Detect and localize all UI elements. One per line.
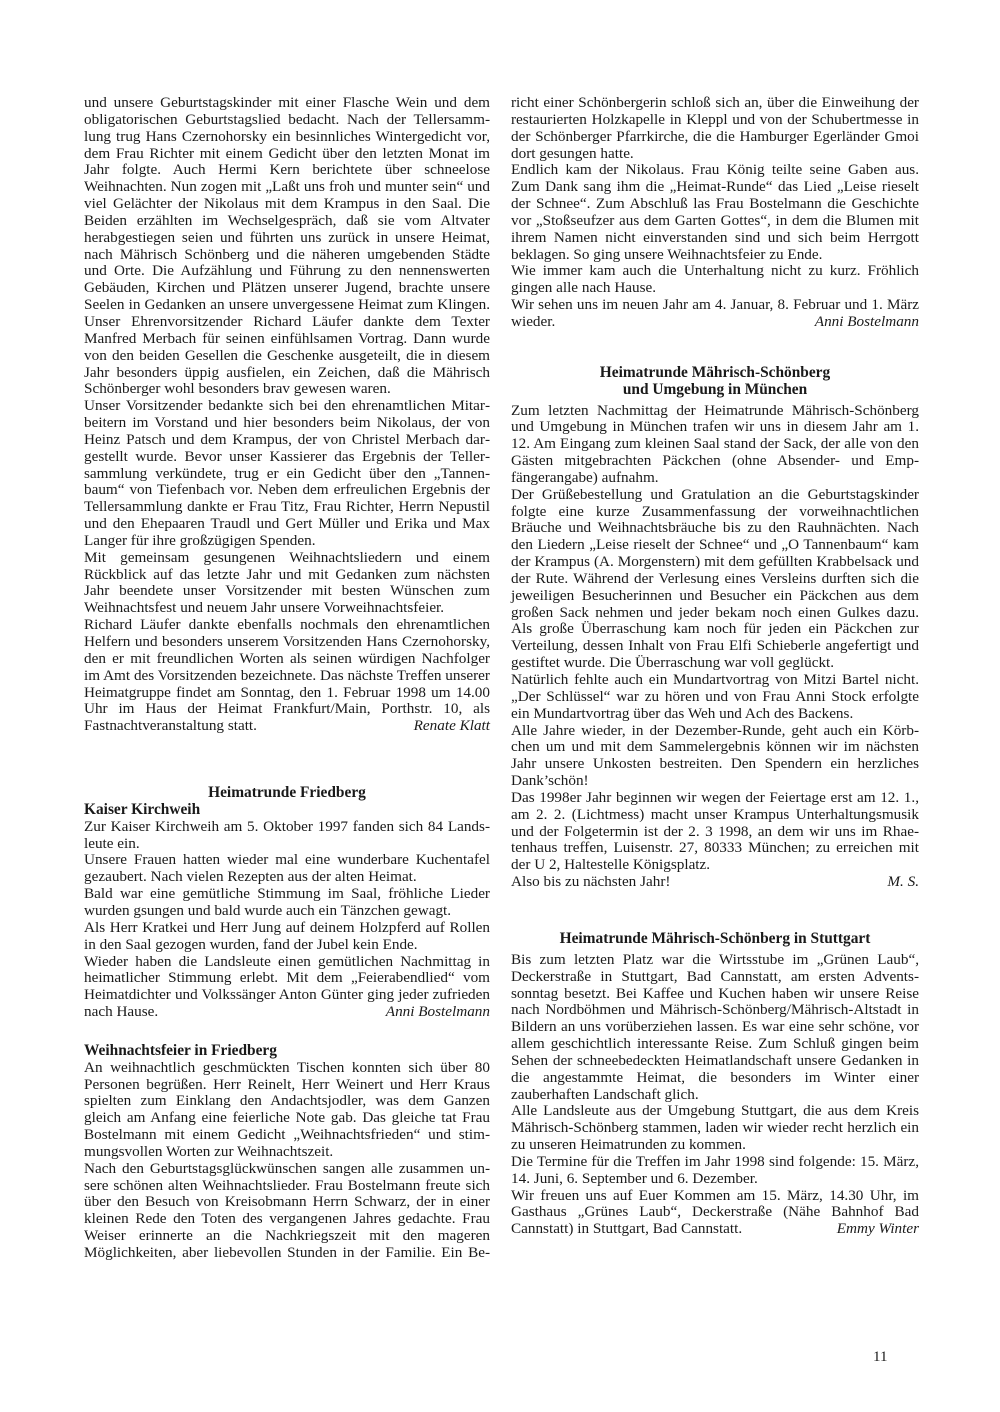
paragraph: Unsere Frauen hatten wieder mal eine wun… [84,852,490,886]
author-signature: Emmy Winter [837,1220,919,1237]
paragraph: Alle Jahre wieder, in der Dezember-Runde… [511,723,919,790]
section-spacer [84,735,490,785]
paragraph: Zur Kaiser Kirchweih am 5. Oktober 1997 … [84,819,490,853]
author-signature: M. S. [887,873,919,890]
article-stuttgart: Heimatrunde Mährisch-Schönberg in Stuttg… [511,931,919,1238]
author-signature: Anni Bostelmann [815,313,919,330]
paragraph: Das 1998er Jahr beginnen wir wegen der F… [511,790,919,874]
paragraph: Nach den Geburtstagsglückwünschen sangen… [84,1161,490,1262]
author-signature: Anni Bostelmann [386,1003,490,1020]
paragraph: Der Grüßebestellung und Gratulation an d… [511,487,919,672]
section-spacer [84,1021,490,1043]
section-spacer [511,331,919,365]
article-friedberg: Heimatrunde Friedberg Kaiser Kirchweih Z… [84,785,490,1262]
paragraph: und unsere Geburtstagskinder mit einer F… [84,95,490,398]
paragraph: Alle Landsleute aus der Umgebung Stuttga… [511,1103,919,1154]
section-spacer [511,891,919,931]
section-heading-line-1: Heimatrunde Mährisch-Schönberg [511,365,919,382]
section-heading: Heimatrunde Mährisch-Schönberg in Stuttg… [511,931,919,948]
article-friedberg-continued: richt einer Schönbergerin schloß sich an… [511,95,919,331]
left-column: und unsere Geburtstagskinder mit einer F… [84,95,490,1262]
paragraph: richt einer Schönbergerin schloß sich an… [511,95,919,162]
paragraph: Endlich kam der Nikolaus. Frau König tei… [511,162,919,263]
article-muenchen: Heimatrunde Mährisch-Schönberg und Umgeb… [511,365,919,891]
paragraph: Bald war eine gemütliche Stimmung im Saa… [84,886,490,920]
paragraph: Natürlich fehlte auch ein Mundartvortrag… [511,672,919,723]
right-column: richt einer Schönbergerin schloß sich an… [511,95,919,1238]
section-heading-line-2: und Umgebung in München [511,382,919,399]
paragraph: Als Herr Kratkei und Herr Jung auf deine… [84,920,490,954]
paragraph: Mit gemeinsam gesungenen Weihnachtsliede… [84,550,490,617]
page-number: 11 [873,1349,887,1366]
paragraph: An weihnachtlich geschmückten Tischen ko… [84,1060,490,1161]
paragraph: Unser Vorsitzender bedankte sich bei den… [84,398,490,550]
subsection-heading: Weihnachtsfeier in Friedberg [84,1043,490,1060]
paragraph: Die Termine für die Treffen im Jahr 1998… [511,1154,919,1188]
paragraph: Zum letzten Nachmittag der Heimatrunde M… [511,403,919,487]
signature-row: Anni Bostelmann [511,314,919,331]
subsection-heading: Kaiser Kirchweih [84,802,490,819]
paragraph: Wie immer kam auch die Unterhaltung nich… [511,263,919,297]
article-continued: und unsere Geburtstagskinder mit einer F… [84,95,490,735]
paragraph: Bis zum letzten Platz war die Wirtsstube… [511,952,919,1104]
author-signature: Renate Klatt [414,717,490,734]
section-heading: Heimatrunde Friedberg [84,785,490,802]
